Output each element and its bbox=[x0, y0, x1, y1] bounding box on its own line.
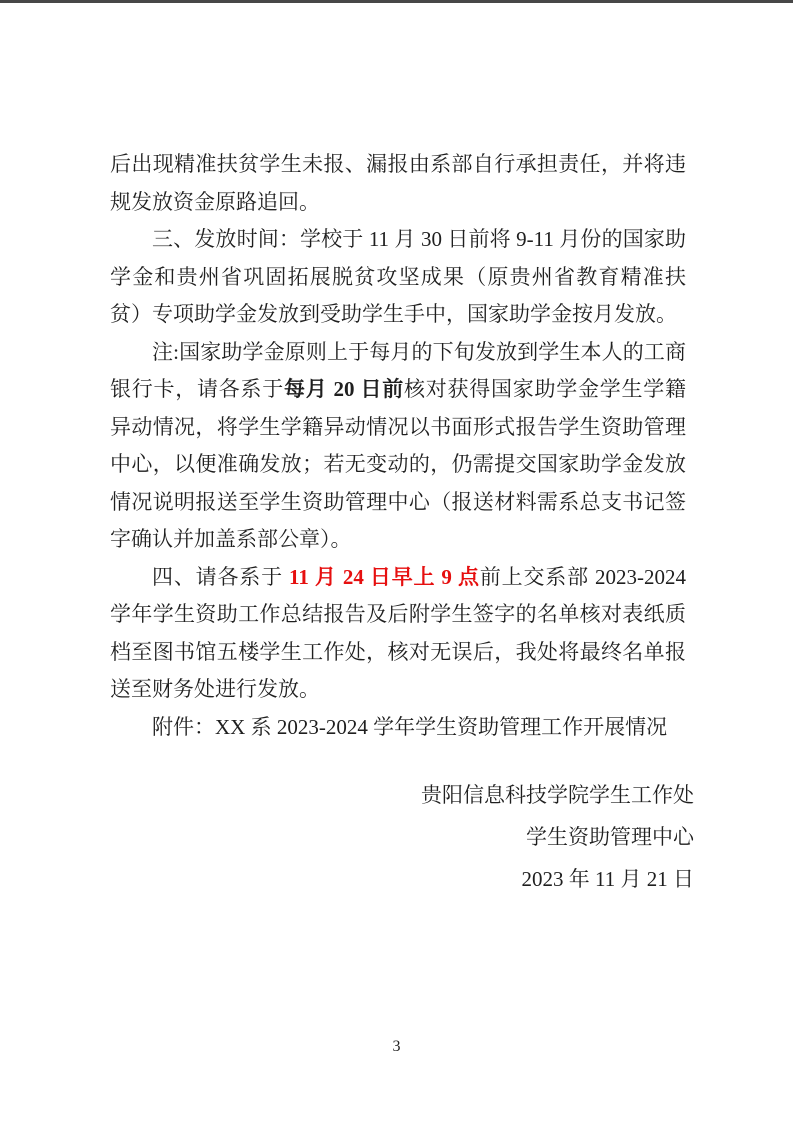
paragraph: 附件：XX 系 2023-2024 学年学生资助管理工作开展情况 bbox=[110, 709, 686, 747]
document-page: 后出现精准扶贫学生未报、漏报由系部自行承担责任，并将违规发放资金原路追回。三、发… bbox=[0, 0, 793, 1122]
text-segment: 四、请各系于 bbox=[152, 565, 289, 589]
paragraph: 三、发放时间：学校于 11 月 30 日前将 9-11 月份的国家助学金和贵州省… bbox=[110, 221, 686, 334]
signature-line-center: 学生资助管理中心 bbox=[110, 816, 694, 858]
deadline-highlight: 11 月 24 日早上 9 点 bbox=[289, 565, 480, 589]
text-segment: 附件：XX 系 2023-2024 学年学生资助管理工作开展情况 bbox=[152, 715, 667, 739]
text-segment: 后出现精准扶贫学生未报、漏报由系部自行承担责任，并将违规发放资金原路追回。 bbox=[110, 152, 686, 214]
page-top-edge bbox=[0, 0, 793, 3]
document-body: 后出现精准扶贫学生未报、漏报由系部自行承担责任，并将违规发放资金原路追回。三、发… bbox=[110, 146, 686, 746]
signature-block: 贵阳信息科技学院学生工作处 学生资助管理中心 2023 年 11 月 21 日 bbox=[110, 774, 694, 900]
text-segment: 核对获得国家助学金学生学籍异动情况，将学生学籍异动情况以书面形式报告学生资助管理… bbox=[110, 377, 686, 551]
text-segment: 每月 20 日前 bbox=[284, 377, 404, 401]
paragraph: 后出现精准扶贫学生未报、漏报由系部自行承担责任，并将违规发放资金原路追回。 bbox=[110, 146, 686, 221]
signature-line-department: 贵阳信息科技学院学生工作处 bbox=[110, 774, 694, 816]
signature-date: 2023 年 11 月 21 日 bbox=[110, 858, 694, 900]
page-number: 3 bbox=[0, 1038, 793, 1056]
text-segment: 三、发放时间：学校于 11 月 30 日前将 9-11 月份的国家助学金和贵州省… bbox=[110, 227, 686, 326]
paragraph: 四、请各系于 11 月 24 日早上 9 点前上交系部 2023-2024 学年… bbox=[110, 559, 686, 709]
document-content: 后出现精准扶贫学生未报、漏报由系部自行承担责任，并将违规发放资金原路追回。三、发… bbox=[110, 146, 686, 900]
paragraph: 注:国家助学金原则上于每月的下旬发放到学生本人的工商银行卡，请各系于每月 20 … bbox=[110, 334, 686, 559]
